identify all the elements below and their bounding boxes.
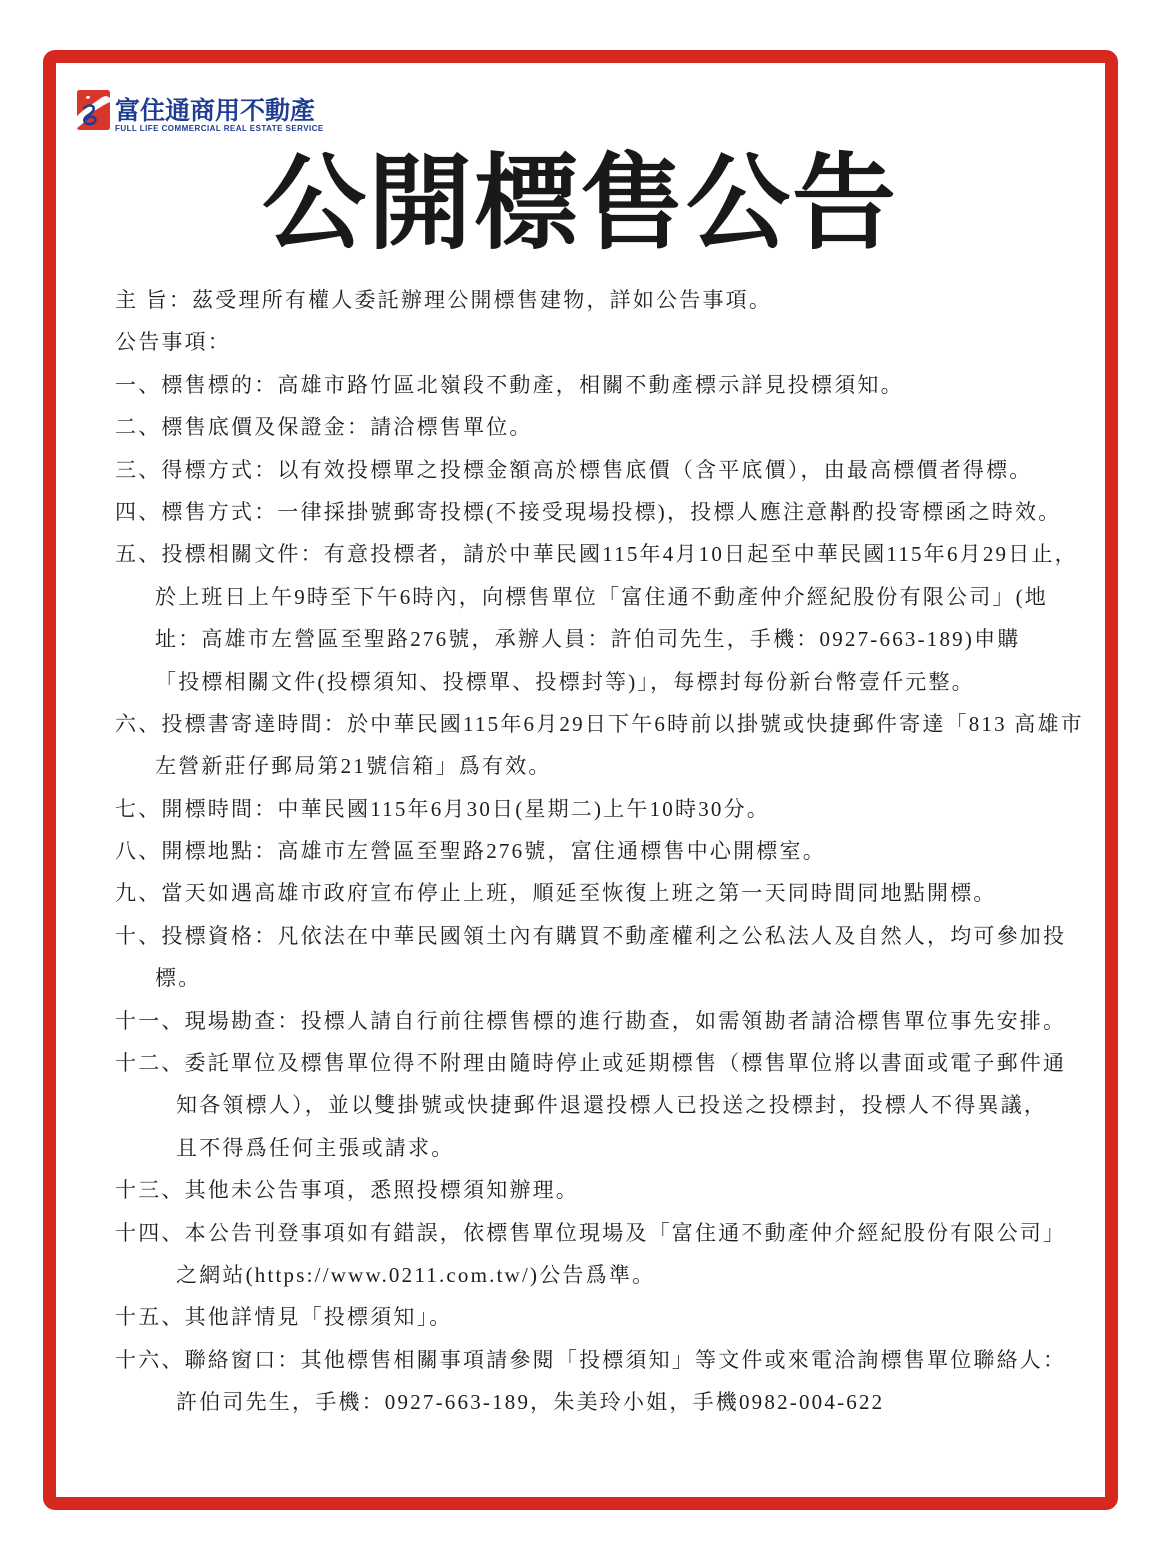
document-line: 十四、本公告刊登事項如有錯誤，依標售單位現場及「富住通不動產仲介經紀股份有限公司… [115, 1212, 1075, 1254]
document-body: 主 旨：茲受理所有權人委託辦理公開標售建物，詳如公告事項。公告事項：一、標售標的… [115, 279, 1075, 1424]
document-line: 十二、委託單位及標售單位得不附理由隨時停止或延期標售（標售單位將以書面或電子郵件… [115, 1042, 1075, 1084]
document-line: 十五、其他詳情見「投標須知」。 [115, 1296, 1075, 1338]
document-line: 十六、聯絡窗口：其他標售相關事項請參閱「投標須知」等文件或來電洽詢標售單位聯絡人… [115, 1339, 1075, 1381]
document-line: 九、當天如遇高雄市政府宣布停止上班，順延至恢復上班之第一天同時間同地點開標。 [115, 872, 1075, 914]
document-line: 十、投標資格：凡依法在中華民國領土內有購買不動產權利之公私法人及自然人，均可參加… [115, 915, 1075, 957]
document-line: 二、標售底價及保證金：請洽標售單位。 [115, 406, 1075, 448]
document-line: 公告事項： [115, 321, 1075, 363]
document-line: 七、開標時間：中華民國115年6月30日(星期二)上午10時30分。 [115, 788, 1075, 830]
document-line: 六、投標書寄達時間：於中華民國115年6月29日下午6時前以掛號或快捷郵件寄達「… [115, 703, 1075, 745]
document-line: 八、開標地點：高雄市左營區至聖路276號，富住通標售中心開標室。 [115, 830, 1075, 872]
document-line: 四、標售方式：一律採掛號郵寄投標(不接受現場投標)，投標人應注意斠酌投寄標函之時… [115, 491, 1075, 533]
logo-mark-icon [77, 90, 110, 135]
company-logo: 富住通商用不動產 FULL LIFE COMMERCIAL REAL ESTAT… [77, 90, 324, 135]
document-line: 一、標售標的：高雄市路竹區北嶺段不動產，相關不動產標示詳見投標須知。 [115, 364, 1075, 406]
document-line: 且不得爲任何主張或請求。 [176, 1127, 1075, 1169]
page-title: 公開標售公告 [0, 150, 1160, 258]
document-line: 標。 [155, 957, 1075, 999]
document-line: 主 旨：茲受理所有權人委託辦理公開標售建物，詳如公告事項。 [115, 279, 1075, 321]
brand-tagline: FULL LIFE COMMERCIAL REAL ESTATE SERVICE [115, 124, 324, 134]
logo-text-block: 富住通商用不動產 FULL LIFE COMMERCIAL REAL ESTAT… [115, 90, 324, 134]
document-line: 之網站(https://www.0211.com.tw/)公告爲準。 [176, 1254, 1075, 1296]
document-line: 知各領標人），並以雙掛號或快捷郵件退還投標人已投送之投標封，投標人不得異議， [176, 1084, 1075, 1126]
document-line: 左營新莊仔郵局第21號信箱」爲有效。 [155, 745, 1075, 787]
document-line: 三、得標方式：以有效投標單之投標金額高於標售底價（含平底價），由最高標價者得標。 [115, 449, 1075, 491]
document-line: 十一、現場勘查：投標人請自行前往標售標的進行勘查，如需領勘者請洽標售單位事先安排… [115, 1000, 1075, 1042]
document-line: 址：高雄市左營區至聖路276號，承辦人員：許伯司先生，手機：0927-663-1… [155, 618, 1075, 660]
brand-name: 富住通商用不動產 [115, 98, 324, 124]
document-line: 五、投標相關文件：有意投標者，請於中華民國115年4月10日起至中華民國115年… [115, 533, 1075, 575]
document-line: 「投標相關文件(投標須知、投標單、投標封等)」，每標封每份新台幣壹仟元整。 [155, 661, 1075, 703]
document-line: 於上班日上午9時至下午6時內，向標售單位「富住通不動產仲介經紀股份有限公司」(地 [155, 576, 1075, 618]
announcement-page: 富住通商用不動產 FULL LIFE COMMERCIAL REAL ESTAT… [0, 0, 1160, 1560]
document-line: 許伯司先生，手機：0927-663-189，朱美玲小姐，手機0982-004-6… [176, 1381, 1075, 1423]
document-line: 十三、其他未公告事項，悉照投標須知辦理。 [115, 1169, 1075, 1211]
